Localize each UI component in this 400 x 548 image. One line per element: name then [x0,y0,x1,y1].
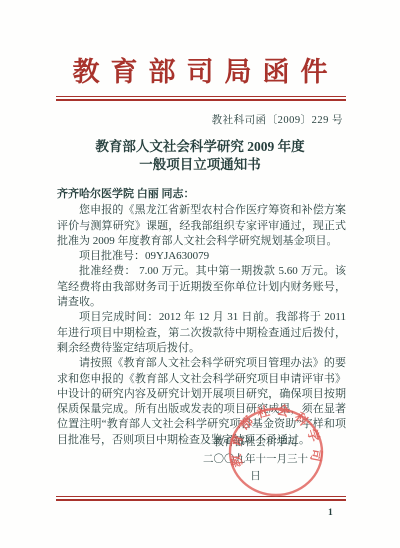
body-paragraph: 项目完成时间：2012 年 12 月 31 日前。我部将于 2011 年进行项目… [57,310,346,356]
official-letter-sheet: 教育部司局函件 教社科司函〔2009〕229 号 教育部人文社会科学研究 200… [0,0,400,548]
document-title: 教育部人文社会科学研究 2009 年度 一般项目立项通知书 [0,138,400,174]
letter-body: 齐齐哈尔医学院 白丽 同志： 您申报的《黑龙江省新型农村合作医疗筹资和补偿方案评… [57,187,346,448]
page-number: 1 [328,508,333,518]
signature-organization: 教育部社会科学司 [198,434,313,451]
body-paragraphs: 您申报的《黑龙江省新型农村合作医疗筹资和补偿方案评价与测算研究》课题，经我部组织… [57,203,346,448]
body-paragraph: 批准经费： 7.00 万元。其中第一期拨款 5.60 万元。该笔经费将由我部财务… [57,264,346,310]
document-title-line2: 一般项目立项通知书 [0,156,400,174]
body-paragraph: 项目批准号：09YJA630079 [57,249,346,264]
document-title-line1: 教育部人文社会科学研究 2009 年度 [0,138,400,156]
signature-date: 二〇〇九年十一月三十日 [198,451,313,485]
document-number: 教社科司函〔2009〕229 号 [0,112,343,127]
body-paragraph: 您申报的《黑龙江省新型农村合作医疗筹资和补偿方案评价与测算研究》课题，经我部组织… [57,203,346,249]
letterhead-title: 教育部司局函件 [0,0,400,89]
signature-block: 教育部社会科学司 二〇〇九年十一月三十日 [198,434,313,485]
footer-rule [56,496,346,501]
addressee-line: 齐齐哈尔医学院 白丽 同志： [57,187,346,202]
letterhead-rule [56,96,346,101]
